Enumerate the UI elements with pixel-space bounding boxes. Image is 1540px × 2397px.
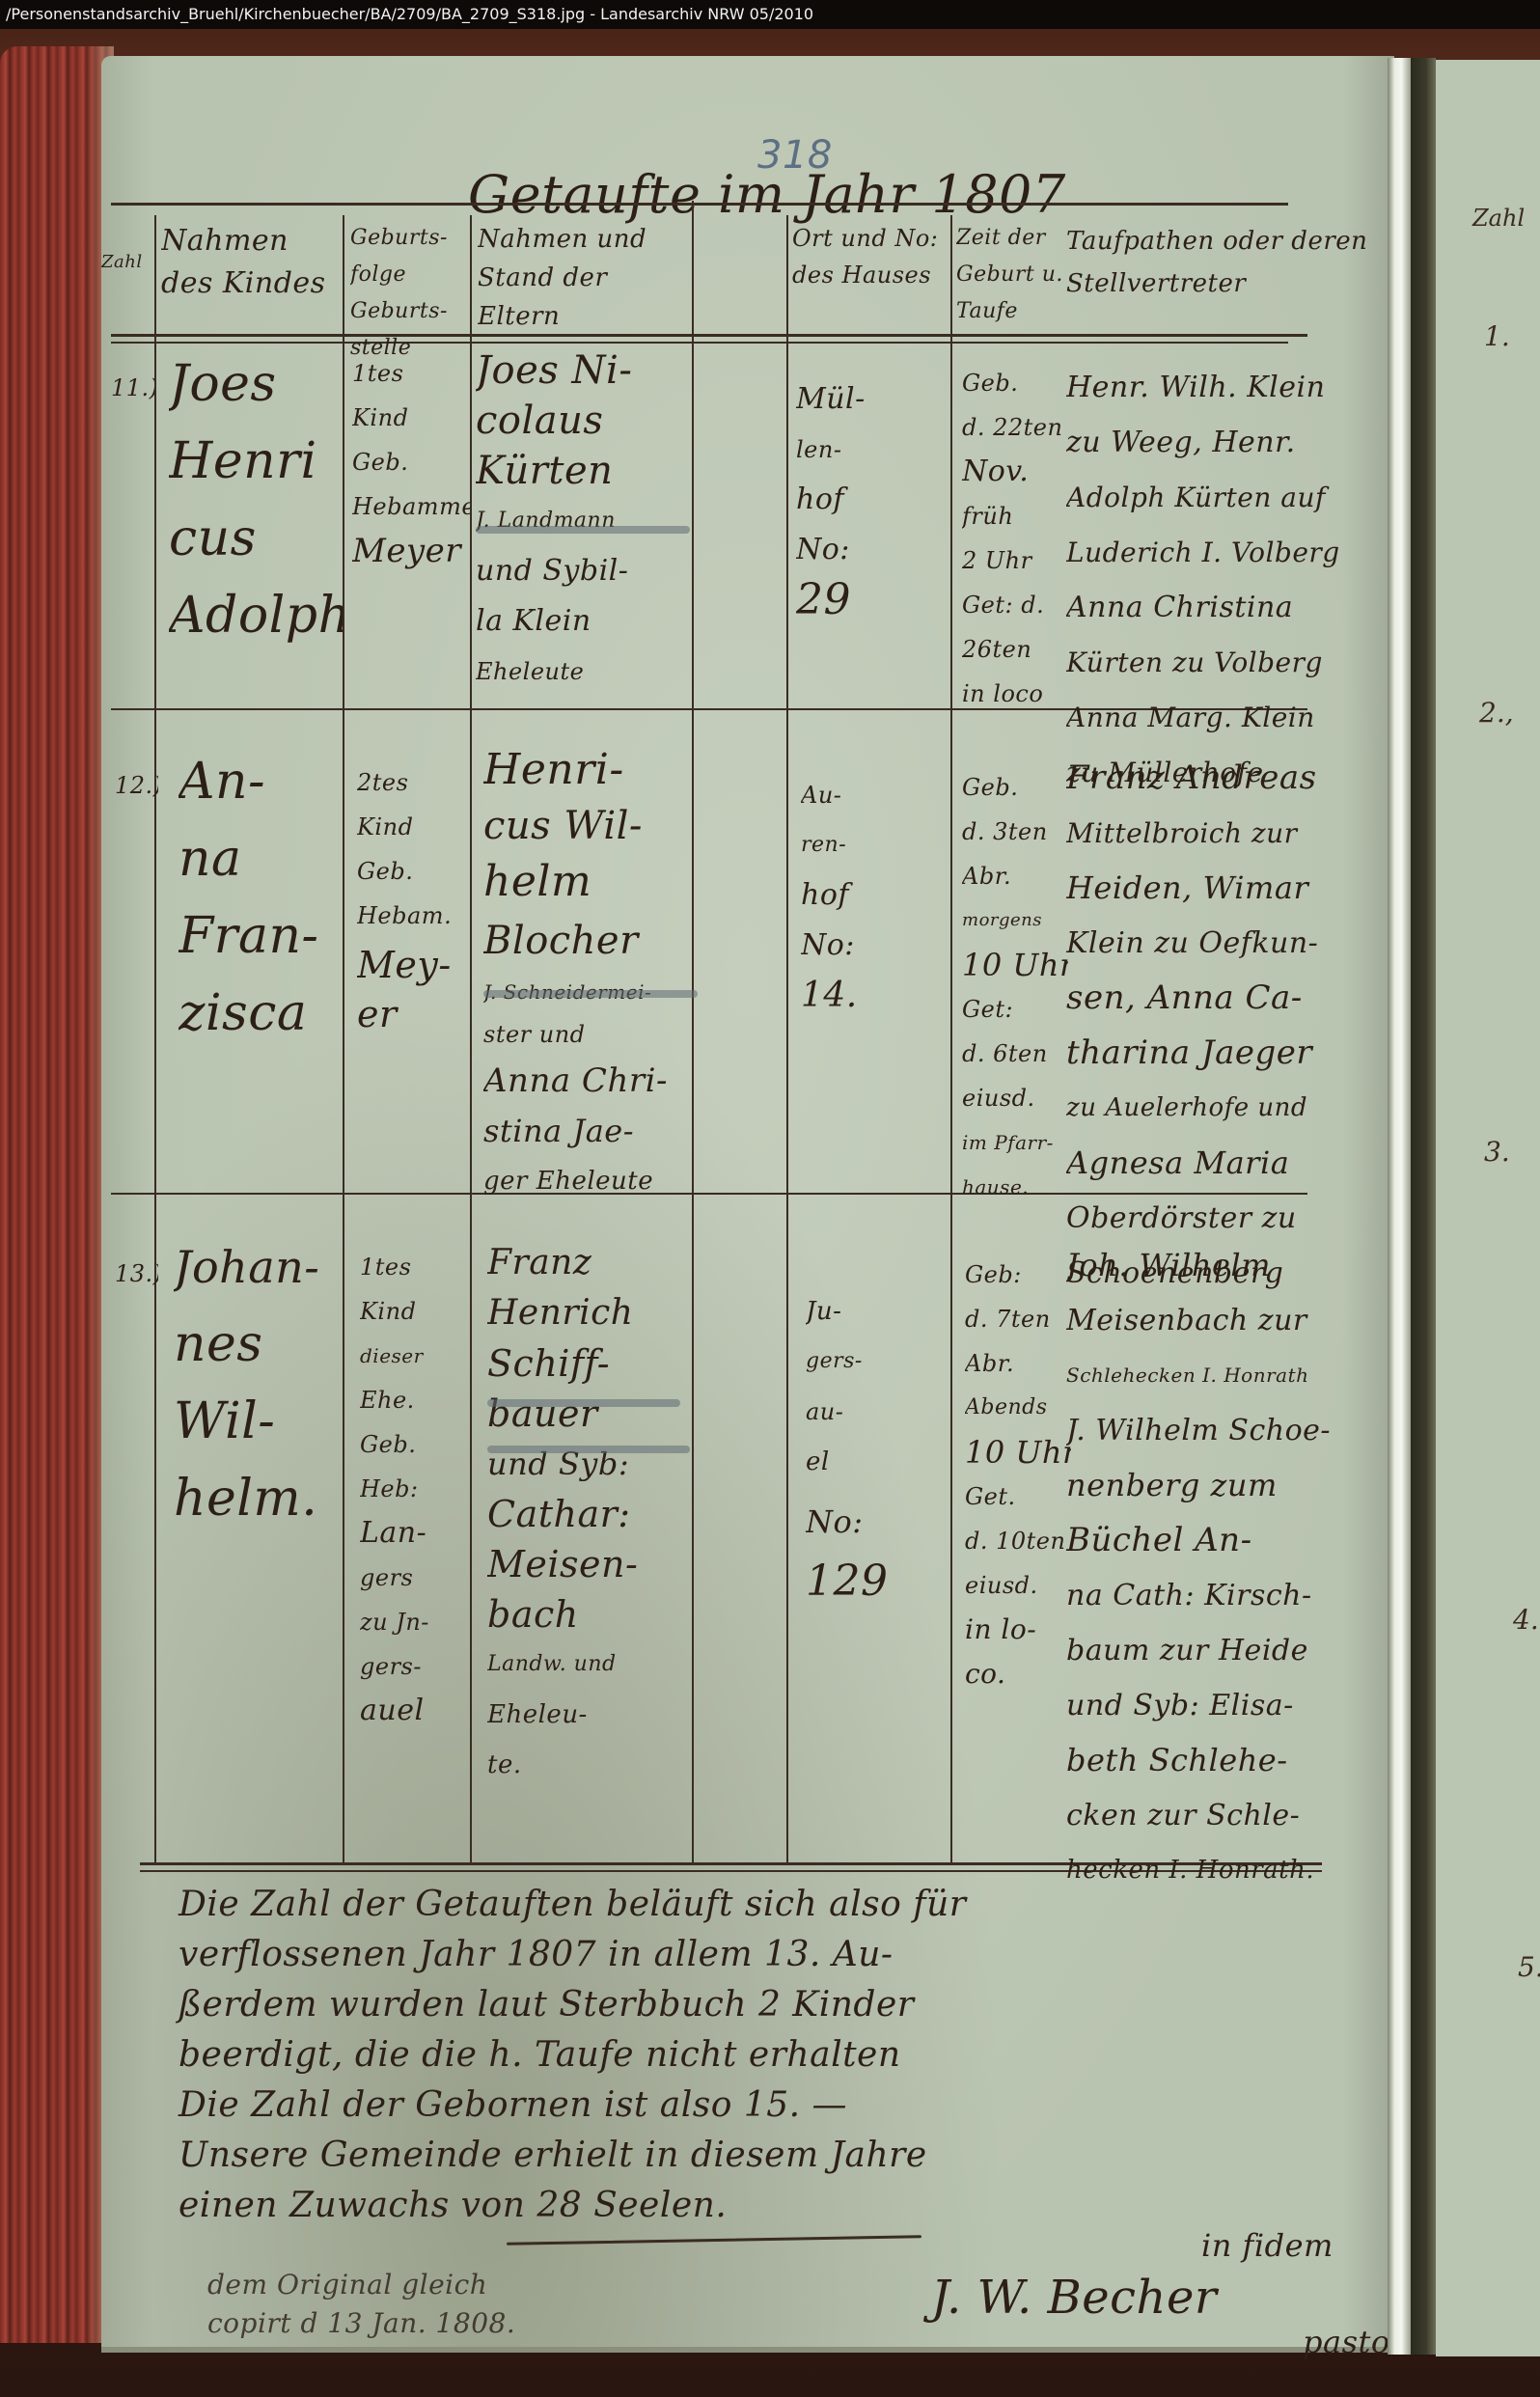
col-divider-3: [470, 215, 472, 1865]
adjacent-number: 5.: [1518, 1951, 1540, 1983]
pencil-underline: [483, 990, 698, 998]
col-divider-4: [692, 201, 694, 1865]
col-divider-2: [343, 215, 344, 1865]
birth-order: 1tes Kind dieser Ehe. Geb. Heb: Lan- ger…: [360, 1245, 470, 1733]
pencil-underline: [476, 526, 690, 534]
adjacent-header: Zahl: [1472, 205, 1525, 232]
godparents: Henr. Wilh. Klein zu Weeg, Henr. Adolph …: [1066, 360, 1389, 800]
register-page: 318 Getaufte im Jahr 1807 Zahl Nahmen de…: [101, 56, 1394, 2353]
adjacent-number: 3.: [1484, 1136, 1510, 1168]
parents: Henri- cus Wil- helm Blocher J. Schneide…: [483, 741, 692, 1206]
col-divider-5: [786, 215, 788, 1865]
birth-baptism: Geb: d. 7ten Abr. Abends 10 Uhr Get. d. …: [965, 1253, 1071, 1696]
col-divider-1: [154, 215, 156, 1865]
place-house: Ju- gers- au- el No: 129: [806, 1286, 950, 1607]
birth-order: 2tes Kind Geb. Hebam. Mey- er: [357, 760, 470, 1036]
copy-certification: dem Original gleich copirt d 13 Jan. 180…: [207, 2266, 515, 2343]
header-godparents: Taufpathen oder deren Stellvertreter: [1066, 220, 1385, 305]
child-name: Johan- nes Wil- helm.: [174, 1228, 343, 1537]
godparents: Joh. Wilhelm Meisenbach zur Schlehecken …: [1066, 1238, 1394, 1898]
adjacent-number: 4.: [1513, 1604, 1539, 1636]
child-name: Joes Henri cus Adolph: [169, 345, 343, 654]
child-name: An- na Fran- zisca: [179, 743, 343, 1052]
parents: Franz Henrich Schiff- bauer und Syb: Cat…: [487, 1238, 692, 1790]
pastor-signature: J. W. Becher: [931, 2271, 1217, 2325]
header-child-name: Nahmen des Kindes: [161, 220, 340, 305]
place-house: Mül- len- hof No: 29: [796, 374, 941, 625]
header-birth-order: Geburts-folge Geburts-stelle: [350, 220, 468, 367]
archive-caption: /Personenstandsarchiv_Bruehl/Kirchenbuec…: [0, 0, 1540, 29]
pencil-underline: [487, 1399, 680, 1407]
header-number: Zahl: [101, 244, 154, 281]
page-edges: [0, 46, 114, 2343]
adjacent-page: Zahl 1. 2., 3. 4. 5.: [1436, 60, 1540, 2356]
col-divider-6: [950, 215, 952, 1865]
entry-number: 11.): [111, 374, 154, 401]
place-house: Au- ren- hof No: 14.: [801, 770, 946, 1021]
birth-order: 1tes Kind Geb. Hebamme Meyer: [352, 351, 470, 573]
table-top-rule: [111, 203, 1288, 206]
birth-baptism: Geb. d. 22ten Nov. früh 2 Uhr Get: d. 26…: [962, 361, 1066, 716]
godparents: Franz Andreas Mittelbroich zur Heiden, W…: [1066, 751, 1389, 1301]
entry-number: 13.): [115, 1260, 158, 1287]
page-gutter: [1388, 58, 1411, 2355]
pencil-underline: [487, 1446, 690, 1453]
birth-baptism: Geb. d. 3ten Abr. morgens 10 Uhr Get: d.…: [962, 765, 1068, 1209]
closing-formula: in fidem: [1201, 2227, 1334, 2264]
header-place: Ort und No: des Hauses: [792, 220, 949, 293]
parents: Joes Ni- colaus Kürten J. Landmann und S…: [476, 345, 692, 697]
header-bottom-rule-2: [111, 342, 1288, 344]
header-time: Zeit der Geburt u. Taufe: [956, 220, 1064, 330]
adjacent-number: 1.: [1484, 320, 1510, 352]
summary-note: Die Zahl der Getauften beläuft sich also…: [179, 1880, 1385, 2231]
entry-number: 12.): [115, 772, 158, 799]
header-bottom-rule: [111, 334, 1307, 337]
adjacent-number: 2.,: [1479, 697, 1514, 729]
gutter-shadow: [1411, 58, 1436, 2355]
header-parents: Nahmen und Stand der Eltern: [478, 220, 690, 336]
